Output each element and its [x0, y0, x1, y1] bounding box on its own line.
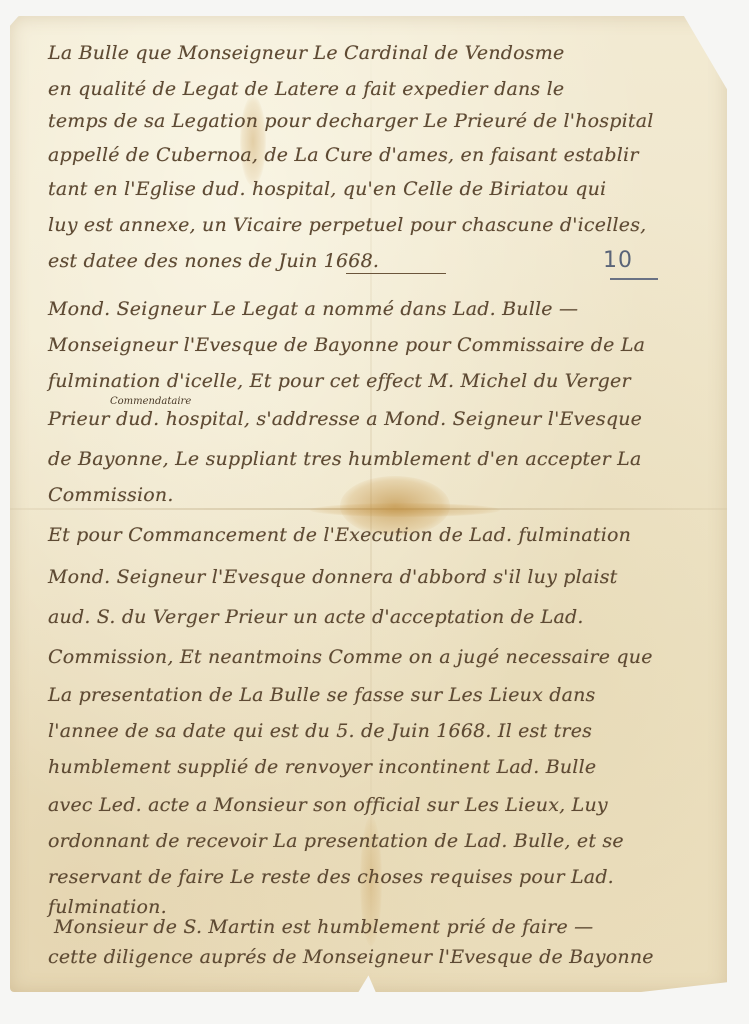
- text-line-14: Et pour Commancement de l'Execution de L…: [48, 524, 631, 546]
- text-line-23: reservant de faire Le reste des choses r…: [48, 866, 614, 888]
- text-line-7: est datee des nones de Juin 1668.: [48, 250, 379, 272]
- text-line-4: appellé de Cubernoa, de La Cure d'ames, …: [48, 144, 639, 166]
- text-line-22: ordonnant de recevoir La presentation de…: [48, 830, 624, 852]
- text-line-5: tant en l'Eglise dud. hospital, qu'en Ce…: [48, 178, 606, 200]
- text-line-20: humblement supplié de renvoyer incontine…: [48, 756, 596, 778]
- text-line-8: Mond. Seigneur Le Legat a nommé dans Lad…: [48, 298, 578, 320]
- text-line-26: cette diligence auprés de Monseigneur l'…: [48, 946, 654, 968]
- text-line-17: Commission, Et neantmoins Comme on a jug…: [48, 646, 653, 668]
- text-line-10: fulmination d'icelle, Et pour cet effect…: [48, 370, 631, 392]
- text-line-11: Prieur dud. hospital, s'addresse a Mond.…: [48, 408, 642, 430]
- text-line-1: La Bulle que Monseigneur Le Cardinal de …: [48, 42, 564, 64]
- text-line-21: avec Led. acte a Monsieur son official s…: [48, 794, 608, 816]
- text-line-16: aud. S. du Verger Prieur un acte d'accep…: [48, 606, 584, 628]
- text-line-24: fulmination.: [48, 896, 167, 918]
- text-line-18: La presentation de La Bulle se fasse sur…: [48, 684, 596, 706]
- manuscript-page: 10 Commendataire La Bulle que Monseigneu…: [10, 16, 727, 992]
- text-line-19: l'annee de sa date qui est du 5. de Juin…: [48, 720, 592, 742]
- text-line-2: en qualité de Legat de Latere a fait exp…: [48, 78, 564, 100]
- text-line-13: Commission.: [48, 484, 174, 506]
- manuscript-text: La Bulle que Monseigneur Le Cardinal de …: [10, 16, 727, 992]
- text-line-6: luy est annexe, un Vicaire perpetuel pou…: [48, 214, 646, 236]
- text-line-15: Mond. Seigneur l'Evesque donnera d'abbor…: [48, 566, 618, 588]
- text-line-12: de Bayonne, Le suppliant tres humblement…: [48, 448, 641, 470]
- text-line-25: Monsieur de S. Martin est humblement pri…: [54, 916, 593, 938]
- text-line-3: temps de sa Legation pour decharger Le P…: [48, 110, 654, 132]
- text-line-9: Monseigneur l'Evesque de Bayonne pour Co…: [48, 334, 645, 356]
